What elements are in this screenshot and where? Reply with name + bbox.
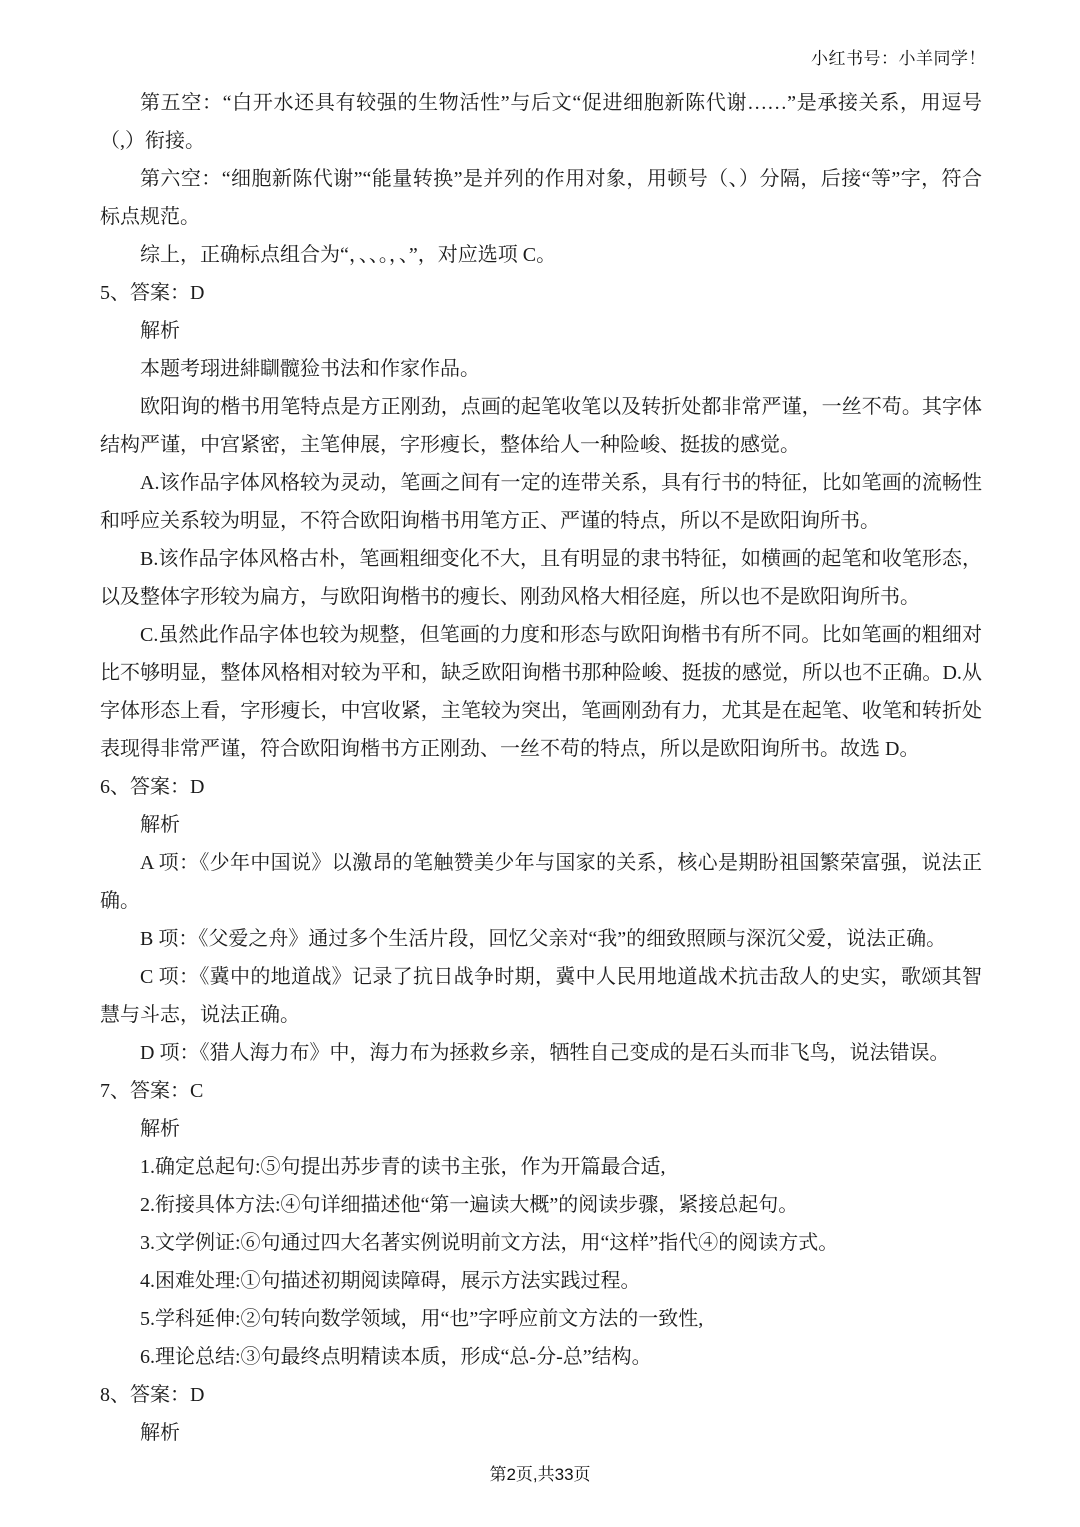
answer-line: 6、答案：D xyxy=(100,768,982,806)
body-paragraph: 第六空：“细胞新陈代谢”“能量转换”是并列的作用对象，用顿号（、）分隔，后接“等… xyxy=(100,160,982,236)
body-paragraph: 1.确定总起句:⑤句提出苏步青的读书主张，作为开篇最合适, xyxy=(100,1148,982,1186)
body-paragraph: 6.理论总结:③句最终点明精读本质，形成“总-分-总”结构。 xyxy=(100,1338,982,1376)
body-paragraph: A 项：《少年中国说》以激昂的笔触赞美少年与国家的关系，核心是期盼祖国繁荣富强，… xyxy=(100,844,982,920)
analysis-heading: 解析 xyxy=(100,806,982,844)
body-paragraph: D 项：《猎人海力布》中，海力布为拯救乡亲，牺牲自己变成的是石头而非飞鸟，说法错… xyxy=(100,1034,982,1072)
answer-line: 5、答案：D xyxy=(100,274,982,312)
body-paragraph: 本题考珝进緋瞓髋猃书法和作家作品。 xyxy=(100,350,982,388)
body-paragraph: 3.文学例证:⑥句通过四大名著实例说明前文方法，用“这样”指代④的阅读方式。 xyxy=(100,1224,982,1262)
body-paragraph: C.虽然此作品字体也较为规整，但笔画的力度和形态与欧阳询楷书有所不同。比如笔画的… xyxy=(100,616,982,768)
analysis-heading: 解析 xyxy=(100,1414,982,1452)
analysis-heading: 解析 xyxy=(100,1110,982,1148)
body-paragraph: B 项：《父爱之舟》通过多个生活片段，回忆父亲对“我”的细致照顾与深沉父爱，说法… xyxy=(100,920,982,958)
body-paragraph: B.该作品字体风格古朴，笔画粗细变化不大，且有明显的隶书特征，如横画的起笔和收笔… xyxy=(100,540,982,616)
analysis-heading: 解析 xyxy=(100,312,982,350)
body-paragraph: 4.困难处理:①句描述初期阅读障碍，展示方法实践过程。 xyxy=(100,1262,982,1300)
page-footer: 第2页,共33页 xyxy=(0,1460,1080,1485)
body-paragraph: 2.衔接具体方法:④句详细描述他“第一遍读大概”的阅读步骤，紧接总起句。 xyxy=(100,1186,982,1224)
answer-line: 7、答案：C xyxy=(100,1072,982,1110)
body-paragraph: 第五空：“白开水还具有较强的生物活性”与后文“促进细胞新陈代谢……”是承接关系，… xyxy=(100,84,982,160)
page-number-indicator: 第2页,共33页 xyxy=(489,1465,590,1484)
body-paragraph: A.该作品字体风格较为灵动，笔画之间有一定的连带关系，具有行书的特征，比如笔画的… xyxy=(100,464,982,540)
body-paragraph: C 项：《冀中的地道战》记录了抗日战争时期，冀中人民用地道战术抗击敌人的史实，歌… xyxy=(100,958,982,1034)
document-body: 第五空：“白开水还具有较强的生物活性”与后文“促进细胞新陈代谢……”是承接关系，… xyxy=(100,0,982,1452)
body-paragraph: 5.学科延伸:②句转向数学领域，用“也”字呼应前文方法的一致性, xyxy=(100,1300,982,1338)
document-page: 小红书号：小羊同学！ 第五空：“白开水还具有较强的生物活性”与后文“促进细胞新陈… xyxy=(0,0,1080,1527)
body-paragraph: 综上，正确标点组合为“，、、。，、”，对应选项 C。 xyxy=(100,236,982,274)
body-paragraph: 欧阳询的楷书用笔特点是方正刚劲，点画的起笔收笔以及转折处都非常严谨，一丝不苟。其… xyxy=(100,388,982,464)
answer-line: 8、答案：D xyxy=(100,1376,982,1414)
